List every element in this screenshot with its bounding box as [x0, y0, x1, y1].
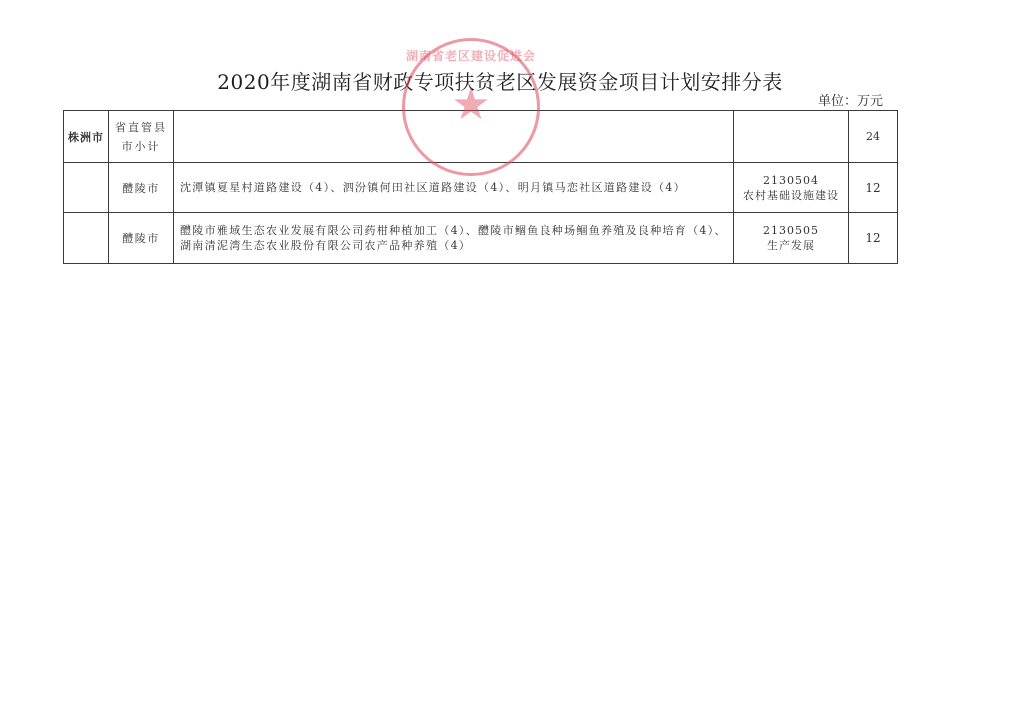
category-cell-empty [734, 111, 849, 163]
county-cell: 醴陵市 [109, 163, 174, 213]
table-row: 醴陵市 沈潭镇夏星村道路建设（4）、泗汾镇何田社区道路建设（4）、明月镇马恋社区… [64, 163, 898, 213]
category-cell: 2130504 农村基础设施建设 [734, 163, 849, 213]
projects-cell: 沈潭镇夏星村道路建设（4）、泗汾镇何田社区道路建设（4）、明月镇马恋社区道路建设… [174, 163, 734, 213]
projects-cell: 醴陵市雅域生态农业发展有限公司药柑种植加工（4）、醴陵市鲴鱼良种场鲴鱼养殖及良种… [174, 213, 734, 264]
projects-line: 湖南清泥湾生态农业股份有限公司农产品种养殖（4） [180, 238, 733, 253]
subtotal-amount-cell: 24 [849, 111, 898, 163]
city-cell [64, 163, 109, 213]
category-name: 农村基础设施建设 [734, 188, 848, 203]
category-code: 2130504 [734, 173, 848, 188]
category-code: 2130505 [734, 223, 848, 238]
allocation-table: 株洲市 省直管县市小计 24 醴陵市 沈潭镇夏星村道路建设（4）、泗汾镇何田社区… [63, 110, 898, 264]
projects-cell-empty [174, 111, 734, 163]
category-name: 生产发展 [734, 238, 848, 253]
table-row-subtotal: 株洲市 省直管县市小计 24 [64, 111, 898, 163]
county-cell: 醴陵市 [109, 213, 174, 264]
city-cell: 株洲市 [64, 111, 109, 163]
table-row: 醴陵市 醴陵市雅域生态农业发展有限公司药柑种植加工（4）、醴陵市鲴鱼良种场鲴鱼养… [64, 213, 898, 264]
category-cell: 2130505 生产发展 [734, 213, 849, 264]
subtotal-label-cell: 省直管县市小计 [109, 111, 174, 163]
unit-label: 单位：万元 [818, 90, 883, 109]
city-cell [64, 213, 109, 264]
amount-cell: 12 [849, 163, 898, 213]
seal-text: 湖南省老区建设促进会 [405, 47, 537, 64]
amount-cell: 12 [849, 213, 898, 264]
projects-line: 醴陵市雅域生态农业发展有限公司药柑种植加工（4）、醴陵市鲴鱼良种场鲴鱼养殖及良种… [180, 223, 733, 238]
